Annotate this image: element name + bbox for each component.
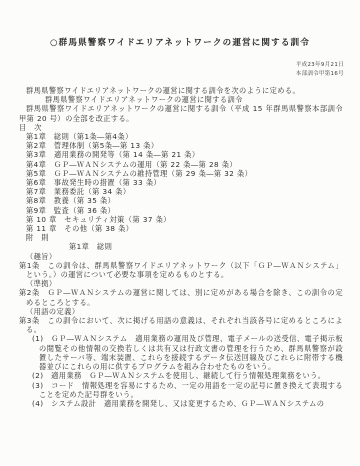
definition-item-4: (4) システム設計 適用業務を開発し、又は変更するため、ＧＰ―ＷＡＮシステムの	[19, 399, 343, 408]
directive-number: 本部訓令甲第16号	[0, 70, 344, 79]
preamble-enactment: 群馬県警察ワイドエリアネットワークの運営に関する訓令を次のように定める。	[19, 86, 343, 95]
toc-item-ch8: 第8章 教養（第 35 条）	[19, 196, 343, 205]
preamble-restated-title: 群馬県警察ワイドエリアネットワークの運営に関する訓令	[19, 95, 343, 104]
preamble-revision-note: 群馬県警察ワイドエリアネットワークの運営に関する訓令（平成 15 年群馬県警察本…	[19, 104, 343, 122]
page-title: ○群馬県警察ワイドエリアネットワークの運営に関する訓令	[0, 38, 360, 48]
article1-text: 第1条 この訓令は、群馬県警察ワイドエリアネットワーク（以下「ＧＰ―ＷＡＮシステ…	[19, 261, 343, 279]
toc-item-ch6: 第6章 事故発生時の措置（第 33 条）	[19, 178, 343, 187]
toc-item-ch9: 第9章 監査（第 36 条）	[19, 206, 343, 215]
article2-label: （準拠）	[19, 279, 343, 288]
article3-text: 第3条 この訓令において、次に掲げる用語の意義は、それぞれ当該各号に定めるところ…	[19, 316, 343, 334]
toc-item-ch1: 第1章 総則（第1条―第4条）	[19, 132, 343, 141]
article3-label: （用語の定義）	[19, 307, 343, 316]
document-info: 平成23年9月21日 本部訓令甲第16号	[0, 61, 360, 79]
article1-label: （趣旨）	[19, 252, 343, 261]
definition-item-3: (3) コード 情報処理を容易にするため、一定の用語を一定の記号に置き換えて表現…	[19, 381, 343, 399]
toc-item-ch2: 第2章 管理体制（第5条―第 13 条）	[19, 141, 343, 150]
article2-text: 第2条 ＧＰ―ＷＡＮシステムの運営に関しては、別に定めがある場合を除き、この訓令…	[19, 288, 343, 306]
definition-item-1: (1) ＧＰ―ＷＡＮシステム 適用業務の運用及び管理、電子メールの送受信、電子掲…	[19, 334, 343, 371]
chapter1-heading: 第1章 総則	[19, 242, 343, 251]
toc-item-ch4: 第4章 ＧＰ―ＷＡＮシステムの運用（第 22 条―第 28 条）	[19, 160, 343, 169]
toc-item-ch3: 第3章 適用業務の開発等（第 14 条―第 21 条）	[19, 150, 343, 159]
toc-heading: 目 次	[19, 123, 343, 132]
promulgation-date: 平成23年9月21日	[0, 61, 344, 70]
document-page: ○群馬県警察ワイドエリアネットワークの運営に関する訓令 平成23年9月21日 本…	[0, 0, 360, 466]
document-body: 群馬県警察ワイドエリアネットワークの運営に関する訓令を次のように定める。 群馬県…	[0, 86, 360, 408]
definition-item-2: (2) 適用業務 ＧＰ―ＷＡＮシステムを使用し、継続して行う情報処理業務をいう。	[19, 371, 343, 380]
toc-item-ch5: 第5章 ＧＰ―ＷＡＮシステムの維持管理（第 29 条―第 32 条）	[19, 169, 343, 178]
toc-item-ch10: 第 10 章 セキュリティ対策（第 37 条）	[19, 215, 343, 224]
toc-item-ch11: 第 11 章 その他（第 38 条）	[19, 224, 343, 233]
toc-item-ch7: 第7章 業務委託（第 34 条）	[19, 187, 343, 196]
toc-appendix: 附 則	[19, 233, 343, 242]
